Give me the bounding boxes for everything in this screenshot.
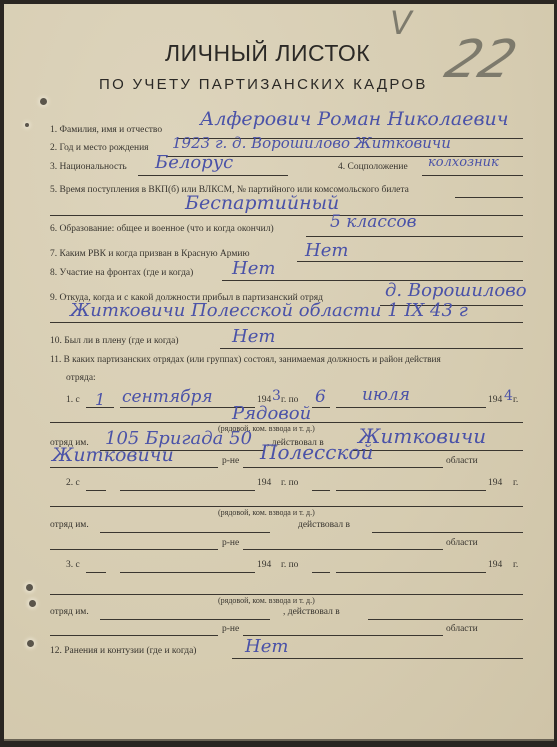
field-3-label: 3. Национальность: [50, 162, 127, 172]
entry-1-day-to-line: [312, 407, 330, 408]
entry-2-acted-label: действовал в: [298, 520, 350, 530]
entry-2-region-line: [243, 549, 443, 550]
entry-1-day-from: 1: [95, 390, 105, 409]
field-1-value: Алферович Роман Николаевич: [200, 108, 509, 130]
entry-1-position: Рядовой: [232, 403, 311, 424]
entry-3-position-line: [50, 594, 523, 595]
entry-1-number: 1. с: [66, 395, 80, 405]
entry-3-unit-label: отряд им.: [50, 607, 89, 617]
field-12-line: [232, 658, 523, 659]
field-7-label: 7. Каким РВК и когда призван в Красную А…: [50, 249, 250, 259]
entry-1-year-from-suffix: 3: [272, 388, 281, 404]
entry-1-district-line: [50, 467, 218, 468]
entry-3-year-to-prefix: 194: [488, 560, 502, 570]
entry-1-year-to-suffix: 4: [504, 388, 513, 404]
entry-3-unit-line: [100, 619, 270, 620]
field-9-value-line1: д. Ворошилово: [385, 280, 527, 301]
entry-1-position-line: [50, 422, 523, 423]
field-11-label: 11. В каких партизанских отрядах (или гр…: [50, 355, 441, 365]
entry-3-acted-label: , действовал в: [283, 607, 340, 617]
entry-2-district-label: р-не: [222, 538, 239, 548]
entry-3-day-from-line: [86, 572, 106, 573]
entry-1-region: Полесской: [260, 440, 373, 464]
entry-1-day-to: 6: [315, 387, 326, 407]
entry-1-acted-line: [352, 450, 523, 451]
entry-3-district-label: р-не: [222, 624, 239, 634]
entry-1-year-end: г.: [513, 395, 518, 405]
field-5-line: [455, 197, 523, 198]
entry-2-acted-line: [372, 532, 523, 533]
entry-2-unit-label: отряд им.: [50, 520, 89, 530]
field-3-line: [138, 175, 288, 176]
punch-hole: [40, 98, 47, 105]
field-10-label: 10. Был ли в плену (где и когда): [50, 336, 179, 346]
field-5-line-2: [50, 215, 523, 216]
entry-1-district-label: р-не: [222, 456, 239, 466]
entry-3-number: 3. с: [66, 560, 80, 570]
entry-2-month-from-line: [120, 490, 255, 491]
field-7-line: [297, 261, 523, 262]
entry-2-district-line: [50, 549, 218, 550]
entry-3-day-to-line: [312, 572, 330, 573]
punch-hole: [26, 584, 33, 591]
entry-2-year-from-prefix: 194: [257, 478, 271, 488]
field-6-value: 5 классов: [330, 212, 417, 232]
entry-3-month-to-line: [336, 572, 486, 573]
entry-2-to-label: г. по: [281, 478, 298, 488]
entry-3-acted-line: [368, 619, 523, 620]
entry-2-day-to-line: [312, 490, 330, 491]
field-5-value: Беспартийный: [185, 192, 339, 214]
entry-2-position-hint: (рядовой, ком. взвода и т. д.): [218, 508, 315, 517]
entry-3-position-hint: (рядовой, ком. взвода и т. д.): [218, 596, 315, 605]
entry-3-region-label: области: [446, 624, 478, 634]
field-6-line: [306, 236, 523, 237]
entry-2-unit-line: [100, 532, 270, 533]
punch-hole: [25, 123, 29, 127]
punch-hole: [27, 640, 34, 647]
entry-3-district-line: [50, 635, 218, 636]
entry-1-year-to-prefix: 194: [488, 395, 502, 405]
entry-2-position-line: [50, 506, 523, 507]
field-4-line: [422, 175, 523, 176]
pencil-check-mark: V: [390, 4, 412, 42]
entry-1-region-line: [243, 467, 443, 468]
field-12-value: Нет: [245, 636, 288, 657]
field-7-value: Нет: [305, 240, 348, 261]
field-10-value: Нет: [232, 326, 275, 347]
entry-1-month-to: июля: [362, 385, 410, 405]
field-3-value: Белорус: [155, 152, 233, 173]
field-9-line-2: [50, 322, 523, 323]
field-2-value: 1923 г. д. Ворошилово Житковичи: [172, 134, 451, 152]
field-9-value-line2: Житковичи Полесской области 1 IX 43 г: [70, 300, 468, 321]
entry-2-year-end: г.: [513, 478, 518, 488]
punch-hole: [29, 600, 36, 607]
field-8-label: 8. Участие на фронтах (где и когда): [50, 268, 193, 278]
entry-3-month-from-line: [120, 572, 255, 573]
entry-2-number: 2. с: [66, 478, 80, 488]
entry-2-region-label: области: [446, 538, 478, 548]
entry-1-acted-in: Житковичи: [358, 424, 486, 448]
entry-3-year-end: г.: [513, 560, 518, 570]
field-2-label: 2. Год и место рождения: [50, 143, 149, 153]
entry-1-region-label: области: [446, 456, 478, 466]
field-1-label: 1. Фамилия, имя и отчество: [50, 125, 162, 135]
entry-1-month-from: сентября: [122, 387, 213, 407]
field-10-line: [220, 348, 523, 349]
entry-1-month-to-line: [336, 407, 486, 408]
entry-3-to-label: г. по: [281, 560, 298, 570]
entry-3-year-from-prefix: 194: [257, 560, 271, 570]
field-11-label-cont: отряда:: [66, 373, 96, 383]
entry-2-year-to-prefix: 194: [488, 478, 502, 488]
entry-2-month-to-line: [336, 490, 486, 491]
entry-2-day-from-line: [86, 490, 106, 491]
field-6-label: 6. Образование: общее и военное (что и к…: [50, 224, 274, 234]
document-subtitle: ПО УЧЕТУ ПАРТИЗАНСКИХ КАДРОВ: [99, 76, 428, 93]
field-12-label: 12. Ранения и контузии (где и когда): [50, 646, 196, 656]
field-8-value: Нет: [232, 258, 275, 279]
document-title: ЛИЧНЫЙ ЛИСТОК: [165, 40, 370, 67]
entry-1-district: Житковичи: [52, 444, 174, 466]
field-4-label: 4. Соцположение: [338, 162, 408, 172]
field-4-value: колхозник: [428, 155, 499, 170]
